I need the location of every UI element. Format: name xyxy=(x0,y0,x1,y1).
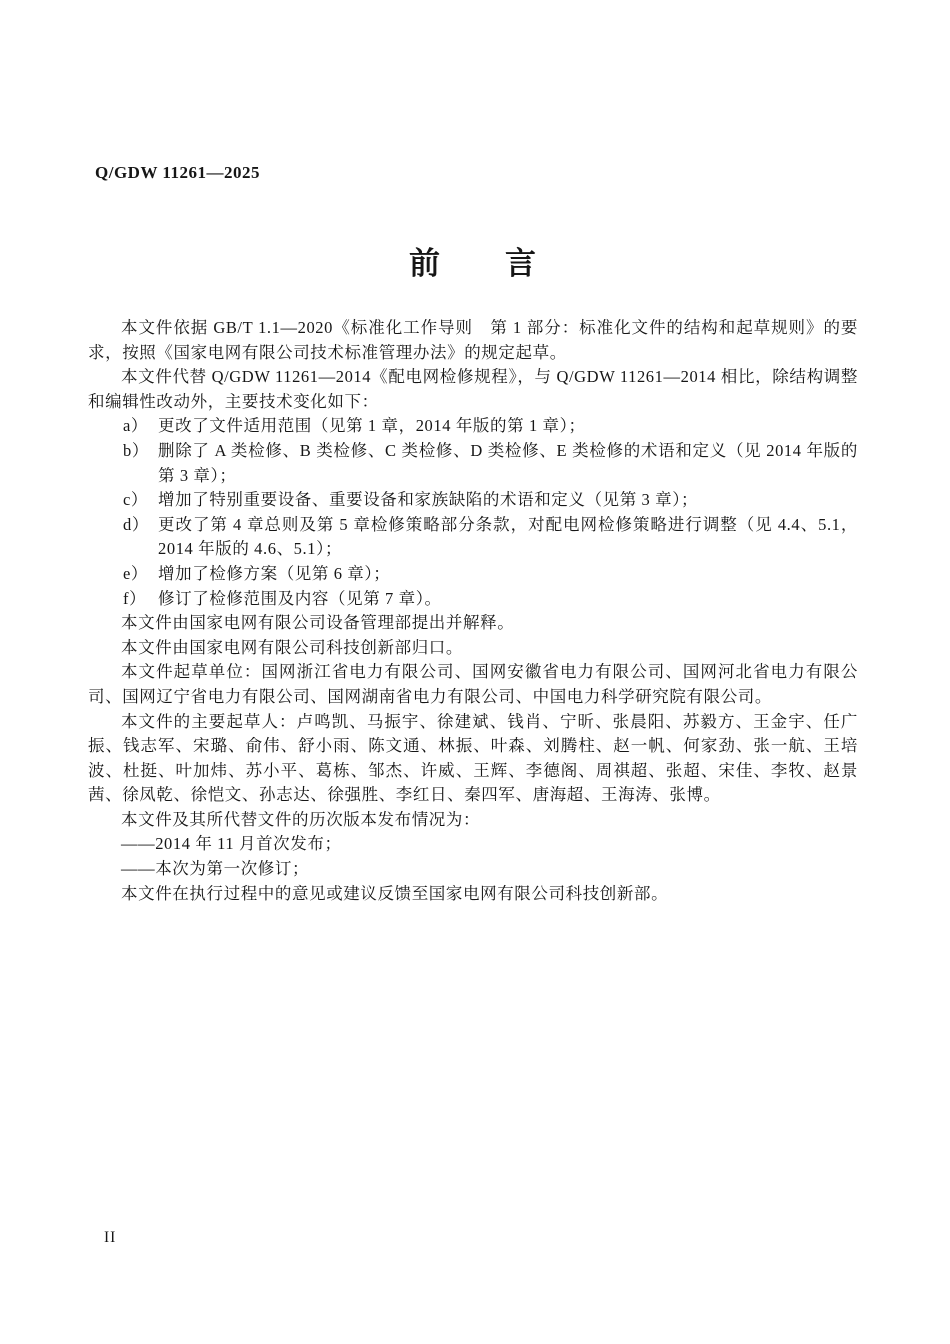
paragraph-drafting-organizations: 本文件起草单位：国网浙江省电力有限公司、国网安徽省电力有限公司、国网河北省电力有… xyxy=(88,660,858,709)
change-item-b-label: b） xyxy=(123,439,149,464)
page-title: 前 言 xyxy=(88,238,858,283)
version-history-item-first-release: ——2014 年 11 月首次发布； xyxy=(88,832,858,857)
page-number: II xyxy=(104,1229,116,1247)
technical-change-list: a） 更改了文件适用范围（见第 1 章，2014 年版的第 1 章）； b） 删… xyxy=(88,414,858,611)
paragraph-replacement-note: 本文件代替 Q/GDW 11261—2014《配电网检修规程》，与 Q/GDW … xyxy=(88,365,858,414)
foreword-body: 本文件依据 GB/T 1.1—2020《标准化工作导则 第 1 部分：标准化文件… xyxy=(88,316,858,906)
paragraph-version-history-intro: 本文件及其所代替文件的历次版本发布情况为： xyxy=(88,808,858,833)
change-item-e-text: 增加了检修方案（见第 6 章）； xyxy=(158,564,390,583)
change-item-f: f） 修订了检修范围及内容（见第 7 章）。 xyxy=(88,587,858,612)
change-item-a: a） 更改了文件适用范围（见第 1 章，2014 年版的第 1 章）； xyxy=(88,414,858,439)
paragraph-main-drafters: 本文件的主要起草人：卢鸣凯、马振宇、徐建斌、钱肖、宁昕、张晨阳、苏毅方、王金宇、… xyxy=(88,710,858,808)
change-item-d: d） 更改了第 4 章总则及第 5 章检修策略部分条款，对配电网检修策略进行调整… xyxy=(88,513,858,562)
change-item-f-label: f） xyxy=(123,587,146,612)
change-item-e-label: e） xyxy=(123,562,148,587)
document-code-header: Q/GDW 11261—2025 xyxy=(95,163,260,183)
change-item-d-label: d） xyxy=(123,513,149,538)
document-page: Q/GDW 11261—2025 前 言 本文件依据 GB/T 1.1—2020… xyxy=(0,0,950,1344)
paragraph-proposed-by: 本文件由国家电网有限公司设备管理部提出并解释。 xyxy=(88,611,858,636)
change-item-f-text: 修订了检修范围及内容（见第 7 章）。 xyxy=(158,589,442,608)
paragraph-feedback-note: 本文件在执行过程中的意见或建议反馈至国家电网有限公司科技创新部。 xyxy=(88,882,858,907)
change-item-a-label: a） xyxy=(123,414,148,439)
change-item-b-text: 删除了 A 类检修、B 类检修、C 类检修、D 类检修、E 类检修的术语和定义（… xyxy=(158,441,858,485)
change-item-b: b） 删除了 A 类检修、B 类检修、C 类检修、D 类检修、E 类检修的术语和… xyxy=(88,439,858,488)
change-item-d-text: 更改了第 4 章总则及第 5 章检修策略部分条款，对配电网检修策略进行调整（见 … xyxy=(158,515,858,559)
change-item-e: e） 增加了检修方案（见第 6 章）； xyxy=(88,562,858,587)
paragraph-drafting-basis: 本文件依据 GB/T 1.1—2020《标准化工作导则 第 1 部分：标准化文件… xyxy=(88,316,858,365)
change-item-c-label: c） xyxy=(123,488,148,513)
paragraph-centralized-by: 本文件由国家电网有限公司科技创新部归口。 xyxy=(88,636,858,661)
change-item-a-text: 更改了文件适用范围（见第 1 章，2014 年版的第 1 章）； xyxy=(158,416,586,435)
change-item-c: c） 增加了特别重要设备、重要设备和家族缺陷的术语和定义（见第 3 章）； xyxy=(88,488,858,513)
version-history-item-first-revision: ——本次为第一次修订； xyxy=(88,857,858,882)
change-item-c-text: 增加了特别重要设备、重要设备和家族缺陷的术语和定义（见第 3 章）； xyxy=(158,490,698,509)
